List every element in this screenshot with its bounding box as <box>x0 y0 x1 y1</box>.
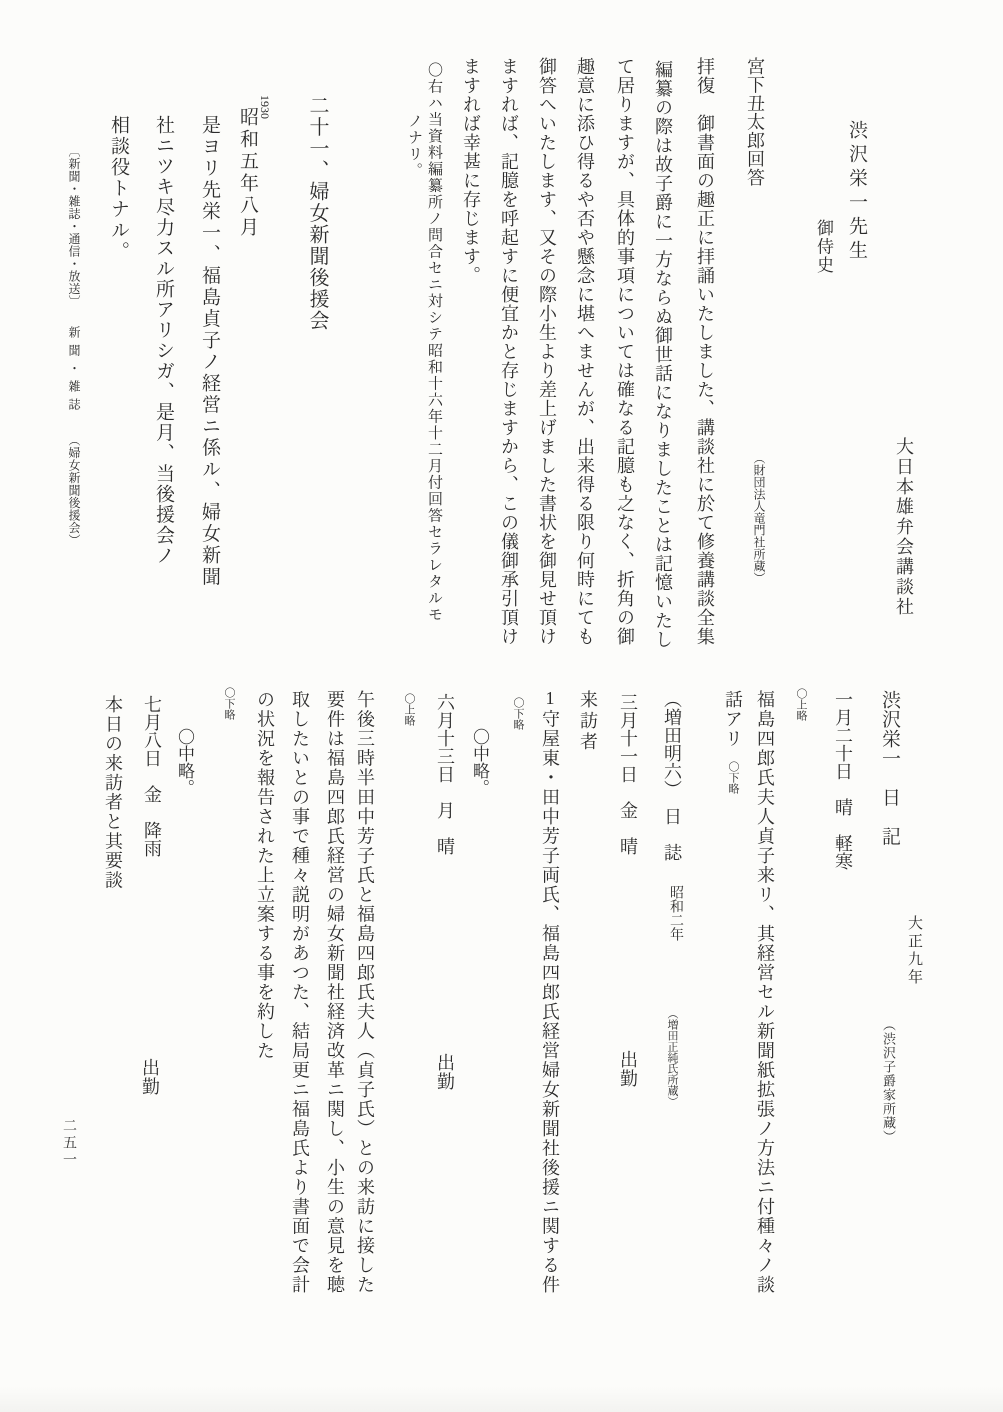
meeting-topic: 本日の来訪者と其要談 <box>104 695 122 890</box>
omission-mark-bottom: 〇下略 <box>223 687 234 720</box>
section-heading: 二十一、婦女新聞後援会 <box>307 95 327 332</box>
letter-sender: 大日本雄弁会講談社 <box>895 437 913 617</box>
category-bracket: 〔新聞・雑誌・通信・放送〕 <box>67 145 81 308</box>
diary-line: 福島四郎氏夫人貞子来リ、其経営セル新聞紙拡張ノ方法ニ付種々ノ談 <box>756 690 774 1295</box>
letter-body-line: 御答へいたします、又その際小生より差上げました書状を御見せ頂け <box>538 57 556 646</box>
omission-note: 〇中略。 <box>176 728 193 796</box>
journal-entry-line: 要件は福島四郎氏経営の婦女新聞社経済改革ニ関し、小生の意見を聴 <box>326 690 344 1295</box>
section-year-japanese: 昭和五年八月 <box>238 107 257 239</box>
letter-body-line: 編纂の際は故子爵に一方ならぬ御世話になりましたことは記憶いたし <box>654 60 672 649</box>
scanned-document-page: 大日本雄弁会講談社 渋沢栄一先生 御侍史 宮下丑太郎回答 （財団法人竜門社所蔵）… <box>0 0 1003 1412</box>
letter-body-line: 拝復 御書面の趣正に拝誦いたしました、講談社に於て修養講談全集 <box>696 57 714 646</box>
journal-title: （増田明六） 日 誌 <box>663 690 681 861</box>
letter-addressee: 渋沢栄一先生 <box>847 120 866 264</box>
letter-body-line: ますれば幸甚に存じます。 <box>462 57 480 285</box>
journal-archive-note: （増田正純氏所蔵） <box>666 1008 677 1107</box>
attendance-note: 出勤 <box>141 1058 159 1096</box>
diary-entry-date: 一月二十日 晴 軽寒 <box>834 690 852 870</box>
journal-entry-date: 六月十三日 月 晴 <box>436 693 454 855</box>
diary-archive-note: （渋沢子爵家所蔵） <box>882 1018 895 1144</box>
editor-note-line: ノナリ。 <box>406 113 421 179</box>
attendance-note: 出勤 <box>619 1050 637 1088</box>
omission-mark-top: 〇上略 <box>403 693 414 726</box>
journal-entry-date: 三月十一日 金 晴 <box>619 693 637 855</box>
visitor-item-text: 守屋東・田中芳子両氏、福島四郎氏経営婦女新聞社後援ニ関する件 <box>540 710 560 1295</box>
visitors-label: 来訪者 <box>579 690 597 753</box>
journal-entry-line: の状況を報告された上立案する事を約した <box>256 690 274 1061</box>
diary-line-continuation: 話アリ〇下略 <box>724 690 742 794</box>
omission-note: 〇中略。 <box>471 728 488 796</box>
page-number: 二五一 <box>61 1118 75 1169</box>
omission-mark-bottom: 〇下略 <box>727 761 739 794</box>
letter-body-line: ますれば、記臆を呼起すに便宜かと存じますから、この儀御承引頂け <box>500 57 518 646</box>
diary-title: 渋沢栄一 日 記 <box>880 690 899 846</box>
section-year-western: 1930 <box>259 95 271 119</box>
journal-entry-line: 午後三時半田中芳子氏と福島四郎氏夫人（貞子氏）との来訪に接した <box>356 690 374 1295</box>
journal-entry-date: 七月八日 金 降雨 <box>143 695 161 857</box>
diary-line-text: 話アリ <box>723 690 743 749</box>
visitor-item-number: 1 <box>540 688 560 710</box>
letter-body-line: て居りますが、具体的事項については確なる記臆も之なく、折角の御 <box>616 57 634 646</box>
category-subnote: （婦女新聞後援会） <box>67 434 81 547</box>
letter-responder: 宮下丑太郎回答 <box>746 57 764 187</box>
category-line: 〔新聞・雑誌・通信・放送〕新聞・雑誌（婦女新聞後援会） <box>68 145 80 546</box>
diary-era: 大正九年 <box>906 915 921 987</box>
section-summary-line: 是ヨリ先栄一、福島貞子ノ経営ニ係ル、婦女新聞 <box>200 115 219 588</box>
visitor-item: 1守屋東・田中芳子両氏、福島四郎氏経営婦女新聞社後援ニ関する件 <box>541 688 559 1295</box>
section-summary-line: 社ニツキ尽力スル所アリシガ、是月、当後援会ノ <box>154 115 173 566</box>
attendance-note: 出勤 <box>436 1053 454 1091</box>
omission-mark-top: 〇上略 <box>795 688 806 721</box>
category-label: 新聞・雑誌 <box>67 326 81 416</box>
letter-body-line: 趣意に添ひ得るや否や懸念に堪へませんが、出来得る限り何時にても <box>576 57 594 646</box>
letter-archive-note: （財団法人竜門社所蔵） <box>753 452 765 584</box>
editor-note-line: 〇右ハ当資料編纂所ノ問合セニ対シテ昭和十六年十二月付回答セラレタルモ <box>426 62 441 623</box>
section-summary-line: 相談役トナル。 <box>109 115 128 262</box>
letter-honorific: 御侍史 <box>815 219 832 275</box>
journal-era: 昭和二年 <box>668 885 682 941</box>
omission-mark-bottom: 〇下略 <box>512 697 523 730</box>
journal-entry-line: 取したいとの事で種々説明があつた、結局更ニ福島氏より書面で会計 <box>291 690 309 1295</box>
